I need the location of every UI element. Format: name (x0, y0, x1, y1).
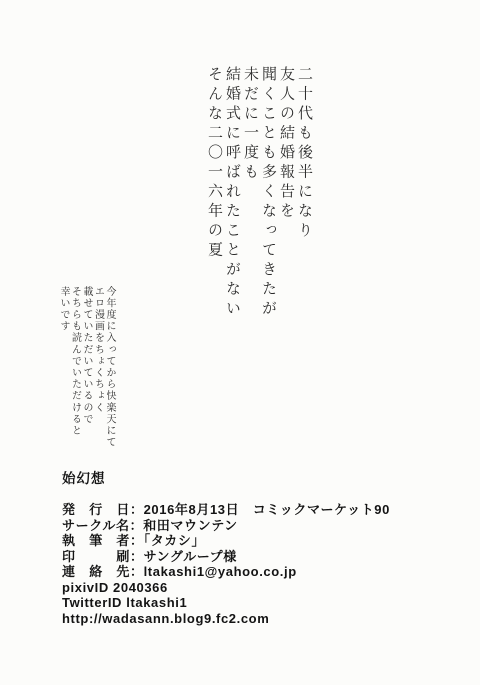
promo-line: 今年度に入ってから快楽天にて (104, 286, 116, 448)
promo-line: 幸いです (58, 286, 70, 448)
promo-line: そちらも読んでいただけると (69, 286, 81, 448)
doujinshi-colophon-page: 二十代も後半になり 友人の結婚報告を 聞くことも多くなってきたが 未だに一度も … (0, 0, 480, 685)
promo-vertical-text: 今年度に入ってから快楽天にて エロ漫画をちょくちょく 載せていただいているので … (58, 286, 116, 448)
afterword-line: 未だに一度も (241, 66, 259, 320)
colophon-line-author: 執 筆 者：「タカシ」 (62, 533, 390, 549)
afterword-line: 友人の結婚報告を (277, 66, 295, 320)
colophon-block: 始幻想 発 行 日：2016年8月13日 コミックマーケット90 サークル名：和… (62, 471, 390, 626)
colophon-line-publication-date: 発 行 日：2016年8月13日 コミックマーケット90 (62, 502, 390, 518)
afterword-line: そんな二〇一六年の夏 (205, 66, 223, 320)
colophon-line-website-url: http://wadasann.blog9.fc2.com (62, 611, 390, 627)
afterword-line: 二十代も後半になり (295, 66, 313, 320)
colophon-line-twitter-id: TwitterID ltakashi1 (62, 595, 390, 611)
book-title: 始幻想 (62, 471, 390, 486)
promo-line: 載せていただいているので (81, 286, 93, 448)
afterword-line: 聞くことも多くなってきたが (259, 66, 277, 320)
afterword-vertical-text: 二十代も後半になり 友人の結婚報告を 聞くことも多くなってきたが 未だに一度も … (205, 66, 313, 320)
colophon-line-circle-name: サークル名：和田マウンテン (62, 518, 390, 534)
promo-line: エロ漫画をちょくちょく (92, 286, 104, 448)
colophon-line-pixiv-id: pixivID 2040366 (62, 580, 390, 596)
afterword-line: 結婚式に呼ばれたことがない (223, 66, 241, 320)
colophon-line-contact-email: 連 絡 先：ltakashi1@yahoo.co.jp (62, 564, 390, 580)
colophon-line-printer: 印 刷：サングループ様 (62, 549, 390, 565)
